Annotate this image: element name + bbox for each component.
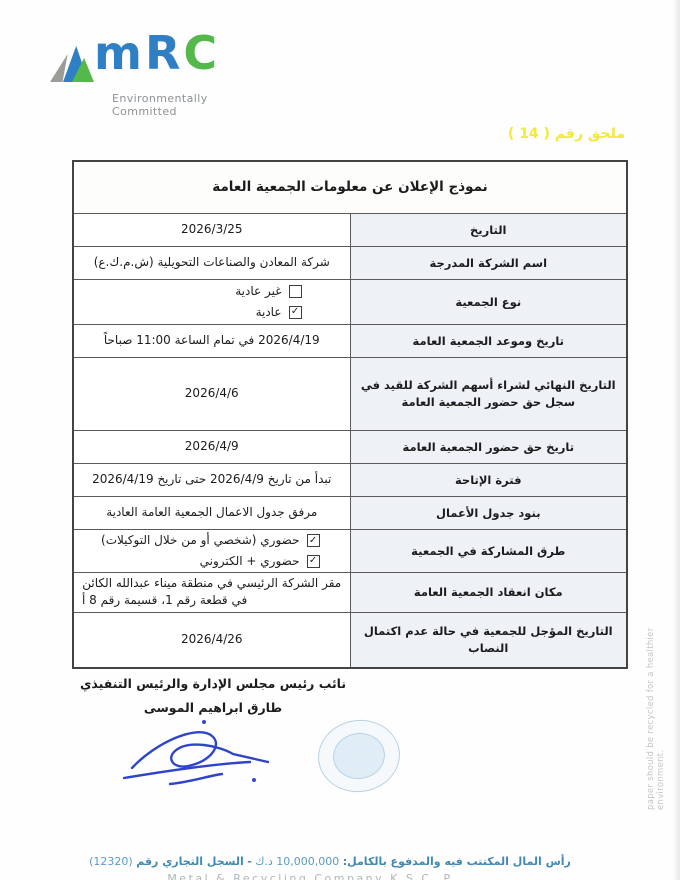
option-label: حضوري (شخصي أو من خلال التوكيلات) [101,532,299,549]
signatory-title: نائب رئيس مجلس الإدارة والرئيس التنفيذي [58,676,368,691]
field-label-meeting-datetime: تاريخ وموعد الجمعية العامة [350,325,627,358]
table-row-availability-period: فترة الإتاحة تبدأ من تاريخ 2026/4/9 حتى … [73,464,627,497]
field-value-postponed-date: 2026/4/26 [73,612,350,668]
footer-registry-line: رأس المال المكتتب فيه والمدفوع بالكامل: … [0,855,660,868]
field-label-attendance-right-date: تاريخ حق حضور الجمعية العامة [350,431,627,464]
checkbox-checked-icon: ✓ [289,306,302,319]
signature-block: نائب رئيس مجلس الإدارة والرئيس التنفيذي … [58,676,368,715]
footer-company-name-english: Metal & Recycling Company K.S.C. P [110,872,510,880]
participation-option-in-person: ✓ حضوري (شخصي أو من خلال التوكيلات) [82,532,342,549]
field-value-meeting-datetime: 2026/4/19 في تمام الساعة 11:00 صباحاً [73,325,350,358]
table-row-assembly-type: نوع الجمعية غير عادية ✓ عادية [73,280,627,325]
field-value-last-purchase-date: 2026/4/6 [73,358,350,431]
announcement-form-table: نموذج الإعلان عن معلومات الجمعية العامة … [72,160,628,669]
capital-label: رأس المال المكتتب فيه والمدفوع بالكامل: [343,855,571,868]
logo-triangles-icon [50,46,94,86]
company-logo: mRC Environmentally Committed [48,36,258,108]
field-value-assembly-type: غير عادية ✓ عادية [73,280,350,325]
table-row-agenda-items: بنود جدول الأعمال مرفق جدول الاعمال الجم… [73,497,627,530]
registry-value: (12320) [89,855,133,868]
option-label: عادية [256,304,282,321]
recycle-side-note: paper should be recycled for a healthier… [646,600,666,810]
assembly-type-option-extraordinary: غير عادية [82,283,342,300]
field-label-participation-methods: طرق المشاركة في الجمعية [350,530,627,573]
logo-tagline: Environmentally Committed [112,92,258,118]
table-row-participation-methods: طرق المشاركة في الجمعية ✓ حضوري (شخصي أو… [73,530,627,573]
checkbox-unchecked-icon [289,285,302,298]
table-row-postponed-date: التاريخ المؤجل للجمعية في حالة عدم اكتما… [73,612,627,668]
table-row-date: التاريخ 2026/3/25 [73,214,627,247]
checkbox-checked-icon: ✓ [307,555,320,568]
logo-letter-c: C [183,26,220,80]
stamp-inner-ring [330,730,388,783]
table-title-row: نموذج الإعلان عن معلومات الجمعية العامة [73,161,627,214]
table-row-last-purchase-date: التاريخ النهائي لشراء أسهم الشركة للقيد … [73,358,627,431]
field-label-agenda-items: بنود جدول الأعمال [350,497,627,530]
table-row-company-name: اسم الشركة المدرجة شركة المعادن والصناعا… [73,247,627,280]
field-label-assembly-type: نوع الجمعية [350,280,627,325]
field-value-availability-period: تبدأ من تاريخ 2026/4/9 حتى تاريخ 2026/4/… [73,464,350,497]
field-value-attendance-right-date: 2026/4/9 [73,431,350,464]
field-label-date: التاريخ [350,214,627,247]
field-label-last-purchase-date: التاريخ النهائي لشراء أسهم الشركة للقيد … [350,358,627,431]
document-page: mRC Environmentally Committed ملحق رقم (… [0,0,680,880]
checkbox-checked-icon: ✓ [307,534,320,547]
table-row-meeting-datetime: تاريخ وموعد الجمعية العامة 2026/4/19 في … [73,325,627,358]
capital-value: 10,000,000 د.ك [255,855,339,868]
field-value-agenda-items: مرفق جدول الاعمال الجمعية العامة العادية [73,497,350,530]
scan-edge-shadow [673,0,680,880]
assembly-type-option-ordinary: ✓ عادية [82,304,342,321]
registry-label: السجل التجاري رقم [136,855,244,868]
table-row-meeting-location: مكان انعقاد الجمعية العامة مقر الشركة ال… [73,573,627,613]
logo-wordmark: mRC [94,30,220,76]
table-row-attendance-right-date: تاريخ حق حضور الجمعية العامة 2026/4/9 [73,431,627,464]
field-value-meeting-location: مقر الشركة الرئيسي في منطقة ميناء عبدالل… [73,573,350,613]
option-label: غير عادية [235,283,281,300]
field-value-participation-methods: ✓ حضوري (شخصي أو من خلال التوكيلات) ✓ حض… [73,530,350,573]
footer-separator: - [247,855,252,868]
field-value-date: 2026/3/25 [73,214,350,247]
attachment-number-label: ملحق رقم ( 14 ) [508,126,625,142]
field-label-availability-period: فترة الإتاحة [350,464,627,497]
field-label-postponed-date: التاريخ المؤجل للجمعية في حالة عدم اكتما… [350,612,627,668]
handwritten-signature [118,712,288,797]
form-title: نموذج الإعلان عن معلومات الجمعية العامة [73,161,627,214]
field-value-company-name: شركة المعادن والصناعات التحويلية (ش.م.ك.… [73,247,350,280]
logo-letter-m: m [94,26,145,80]
company-stamp [313,715,404,798]
logo-letter-r: R [145,26,183,80]
field-label-company-name: اسم الشركة المدرجة [350,247,627,280]
field-label-meeting-location: مكان انعقاد الجمعية العامة [350,573,627,613]
option-label: حضوري + الكتروني [200,553,300,570]
participation-option-in-person-electronic: ✓ حضوري + الكتروني [82,553,342,570]
